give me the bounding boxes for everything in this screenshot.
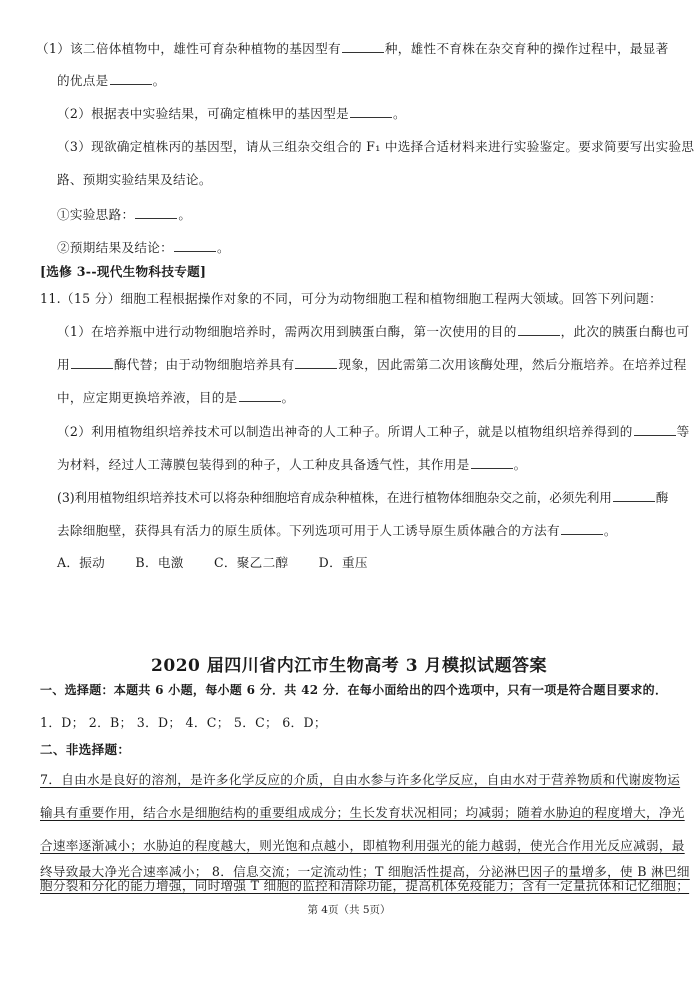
q11-p2-text-a: （2）利用植物组织培养技术可以制造出神奇的人工种子。所谓人工种子，就是以植物组织… — [57, 424, 633, 439]
q11-option-items: A．振动 B．电激 C．聚乙二醇 D．重压 — [57, 555, 394, 571]
page-footer: 第 4页（共 5页） — [0, 902, 698, 917]
section-header: [选修 3--现代生物科技专题] — [40, 264, 206, 280]
answer-7-line2: 输具有重要作用，结合水是细胞结构的重要组成成分；生长发育状况相同；均减弱；随着水… — [40, 805, 685, 821]
q11-p3-text-a: (3)利用植物组织培养技术可以将杂种细胞培育成杂种植株，在进行植物体细胞杂交之前… — [57, 490, 612, 505]
q11-p1-text-b: ，此次的胰蛋白酶也可 — [561, 324, 690, 339]
q11-p1-text-c: 用 — [57, 357, 70, 372]
q10-sub2-line: ②预期结果及结论：。 — [57, 239, 230, 256]
answers-section2-header: 二、非选择题： — [40, 742, 130, 758]
option-a: A．振动 — [57, 555, 105, 571]
answer-title: 2020 届四川省内江市生物高考 3 月模拟试题答案 — [0, 651, 698, 676]
q10-part3-text-b: 路、预期实验结果及结论。 — [57, 172, 212, 187]
q10-part1-text-b: 种，雄性不育株在杂交育种的操作过程中，最显著 — [385, 41, 669, 56]
q10-sub1-line: ①实验思路：。 — [57, 206, 191, 223]
answer-7-line3: 合速率逐渐减小；水胁迫的程度越大，则光饱和点越小，即植物利用强光的能力越弱，使光… — [40, 838, 685, 854]
answer-blank — [471, 456, 513, 469]
option-b: B．电激 — [135, 555, 183, 571]
punct: 。 — [282, 390, 295, 405]
answer-blank — [110, 72, 152, 85]
answer-blank — [295, 356, 337, 369]
q10-part3-line2: 路、预期实验结果及结论。 — [57, 172, 212, 188]
answer-blank — [342, 40, 384, 53]
q10-part3-line1: （3）现欲确定植株丙的基因型，请从三组杂交组合的 F₁ 中选择合适材料来进行实验… — [57, 139, 694, 155]
q10-sub1-text: ①实验思路： — [57, 207, 134, 222]
q11-p1-line1: （1）在培养瓶中进行动物细胞培养时，需两次用到胰蛋白酶，第一次使用的目的，此次的… — [57, 323, 690, 340]
q10-part1-line1: （1）该二倍体植物中，雄性可育杂种植物的基因型有种，雄性不育株在杂交育种的操作过… — [36, 40, 669, 57]
answers-section1-answers: 1．D； 2．B； 3．D； 4．C； 5．C； 6．D； — [40, 715, 327, 731]
q11-p1-line2: 用酶代替；由于动物细胞培养具有现象，因此需第二次用该酶处理，然后分瓶培养。在培养… — [57, 356, 687, 373]
answer-blank — [71, 356, 113, 369]
q11-stem: 11.（15 分）细胞工程根据操作对象的不同，可分为动物细胞工程和植物细胞工程两… — [40, 291, 662, 307]
punct: 。 — [153, 73, 166, 88]
q11-p2-line1: （2）利用植物组织培养技术可以制造出神奇的人工种子。所谓人工种子，就是以植物组织… — [57, 423, 690, 440]
answer-blank — [634, 423, 676, 436]
punct: 。 — [217, 240, 230, 255]
punct: 。 — [514, 457, 527, 472]
q11-p1-text-f: 中，应定期更换培养液，目的是 — [57, 390, 238, 405]
q10-part2-text: （2）根据表中实验结果，可确定植株甲的基因型是 — [57, 106, 349, 121]
q11-p2-text-b: 等 — [677, 424, 690, 439]
punct: 。 — [178, 207, 191, 222]
q11-p3-text-c: 去除细胞壁，获得具有活力的原生质体。下列选项可用于人工诱导原生质体融合的方法有 — [57, 523, 560, 538]
answer-8-line5: 胞分裂和分化的能力增强，同时增强 T 细胞的监控和清除功能，提高机体免疫能力；含… — [40, 878, 689, 894]
answers-section1-header: 一、选择题：本题共 6 小题，每小题 6 分．共 42 分．在每小面给出的四个选… — [40, 682, 667, 698]
q11-p1-text-e: 现象，因此需第二次用该酶处理，然后分瓶培养。在培养过程 — [338, 357, 686, 372]
option-c: C．聚乙二醇 — [214, 555, 288, 571]
option-d: D．重压 — [319, 555, 368, 571]
answer-blank — [350, 105, 392, 118]
q10-part1-line2: 的优点是。 — [57, 72, 165, 89]
q11-p2-text-c: 为材料，经过人工薄膜包装得到的种子，人工种皮具备透气性，其作用是 — [57, 457, 470, 472]
answer-blank — [239, 389, 281, 402]
q11-p3-text-b: 酶 — [656, 490, 669, 505]
q11-p3-line1: (3)利用植物组织培养技术可以将杂种细胞培育成杂种植株，在进行植物体细胞杂交之前… — [57, 489, 668, 506]
answer-blank — [174, 239, 216, 252]
answer-blank — [135, 206, 177, 219]
q10-part2-line: （2）根据表中实验结果，可确定植株甲的基因型是。 — [57, 105, 406, 122]
answer-blank — [613, 489, 655, 502]
q11-p3-line2: 去除细胞壁，获得具有活力的原生质体。下列选项可用于人工诱导原生质体融合的方法有。 — [57, 522, 617, 539]
q11-p2-line2: 为材料，经过人工薄膜包装得到的种子，人工种皮具备透气性，其作用是。 — [57, 456, 527, 473]
q10-part1-text-a: （1）该二倍体植物中，雄性可育杂种植物的基因型有 — [36, 41, 341, 56]
q10-sub2-text: ②预期结果及结论： — [57, 240, 173, 255]
q10-part3-text-a: （3）现欲确定植株丙的基因型，请从三组杂交组合的 F₁ 中选择合适材料来进行实验… — [57, 139, 694, 154]
punct: 。 — [604, 523, 617, 538]
q11-p1-text-d: 酶代替；由于动物细胞培养具有 — [114, 357, 295, 372]
answer-blank — [518, 323, 560, 336]
q11-p1-text-a: （1）在培养瓶中进行动物细胞培养时，需两次用到胰蛋白酶，第一次使用的目的 — [57, 324, 517, 339]
q10-part1-text-c: 的优点是 — [57, 73, 109, 88]
punct: 。 — [393, 106, 406, 121]
answer-7-line1: 7．自由水是良好的溶剂，是许多化学反应的介质，自由水参与许多化学反应，自由水对于… — [40, 772, 680, 788]
answer-blank — [561, 522, 603, 535]
q11-p1-line3: 中，应定期更换培养液，目的是。 — [57, 389, 294, 406]
